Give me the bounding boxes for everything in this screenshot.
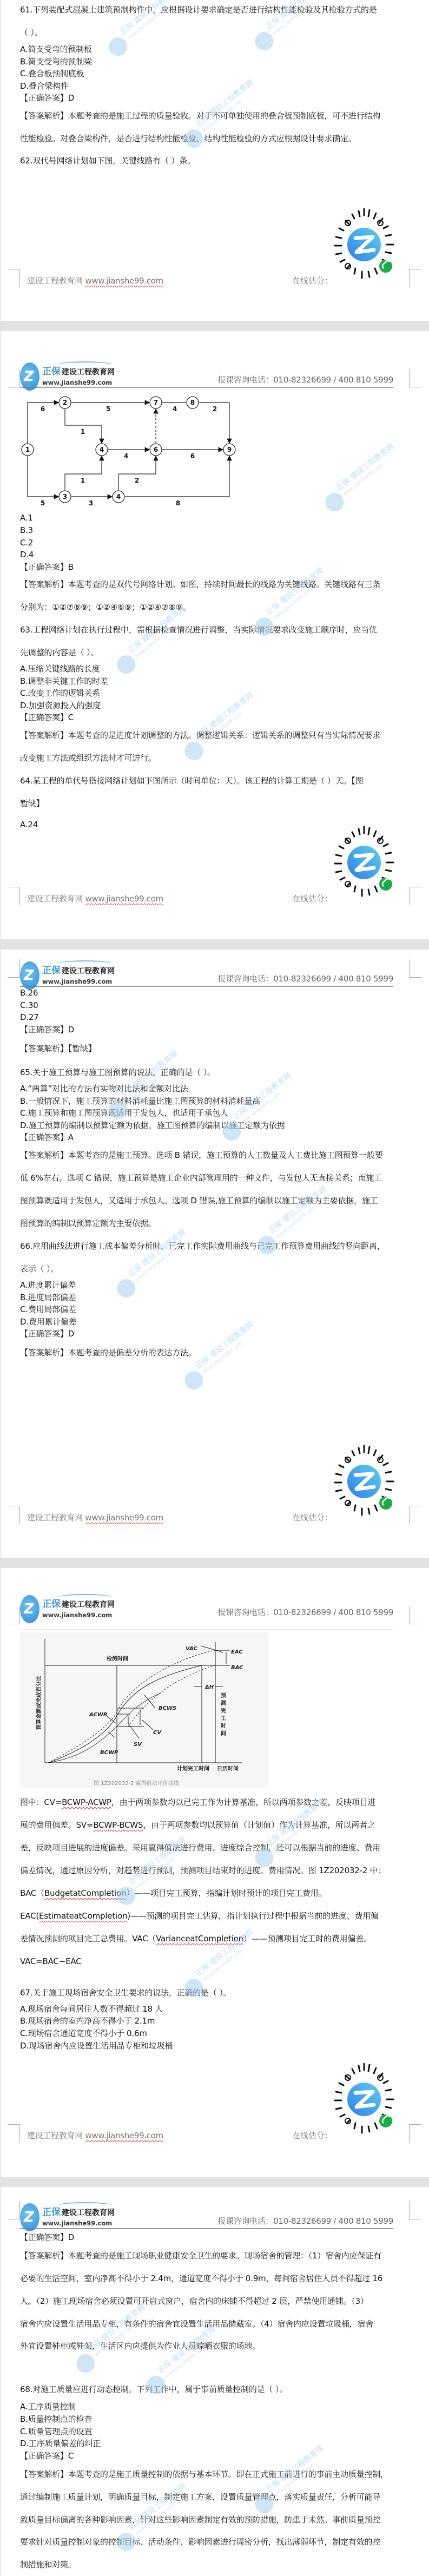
svg-text:4: 4 <box>124 452 128 460</box>
svg-text:5: 5 <box>106 405 110 413</box>
svg-text:EAC: EAC <box>231 1649 243 1655</box>
page-4: Z 正保建设工程教育网 www.jianshe99.com 报课咨询电话：010… <box>0 1568 429 2177</box>
q63-stem-line1: 63.工程网络计划在执行过程中，需根据检查情况进行调整，当实际情况要求改变施工顺… <box>20 624 377 635</box>
q63-analysis-line2: 改变施工方法或组织方法时才可进行。 <box>20 753 156 763</box>
crop-mark <box>409 1506 421 1524</box>
q66-explanation-line2: 展的费用偏差。SV=BCWP-BCWS，由于两项参数均以预算值（计划值）作为计算… <box>20 1820 375 1830</box>
svg-text:6: 6 <box>154 446 158 453</box>
svg-text:时: 时 <box>221 1722 226 1729</box>
q66-explanation-line8: VAC=BAC−EAC <box>20 1956 81 1967</box>
q68-stem: 68.对施工质量应进行动态控制。下列工作中，属于事前质量控制的是（ ）。 <box>20 2384 287 2395</box>
q68-analysis-line4: 要求针对质量控制对象的控制目标、活动条件、影响因素进行周密分析，找出薄弱环节，制… <box>20 2537 380 2547</box>
svg-text:4: 4 <box>100 446 104 453</box>
watermark: 正保 建设工程教育网www.jianshe99.com <box>315 449 394 522</box>
crop-mark <box>409 2201 421 2219</box>
q66-stem-line2: 表示（ ）。 <box>20 1263 58 1274</box>
q68-answer: 【正确答案】C <box>20 2447 74 2465</box>
svg-text:计划完工时间: 计划完工时间 <box>177 1765 209 1772</box>
q63-answer: 【正确答案】C <box>20 708 74 727</box>
q64-answer: 【正确答案】D <box>20 1020 74 1039</box>
crop-mark <box>8 2201 20 2219</box>
svg-text:8: 8 <box>176 499 180 507</box>
q67-answer: 【正确答案】D <box>20 2228 74 2246</box>
header-phone: 报课咨询电话：010-82326699 / 400 810 5999 <box>217 374 393 385</box>
q66-explanation-line7: 差情况预测的项目完工总费用。VAC（VarianceatCompletion）—… <box>20 1933 372 1944</box>
watermark: 正保 建设工程教育网www.jianshe99.com <box>107 1842 186 1915</box>
footer-site: 建设工程教育网 www.jianshe99.com <box>27 1512 163 1523</box>
crop-mark <box>8 269 20 287</box>
logo-icon: Z <box>20 1595 39 1623</box>
q66-analysis: 【答案解析】本题考查的是偏差分析的表达方法。 <box>20 1347 196 1358</box>
watermark: 正保 建设工程教育网www.jianshe99.com <box>107 611 186 684</box>
q62-stem: 62.双代号网络计划如下图，关键线路有（ ）条。 <box>20 155 195 166</box>
svg-text:完: 完 <box>221 1707 226 1714</box>
q65-analysis-line2: 低 6%左右。选项 C 错误，施工预算是施工企业内部管理用的一种文件，与发包人无… <box>20 1172 382 1183</box>
page-3: Z 正保建设工程教育网 www.jianshe99.com 报课咨询电话：010… <box>0 950 429 1558</box>
svg-text:4: 4 <box>116 493 121 500</box>
q62-analysis-line1: 【答案解析】本题考查的是双代号网络计划。如图，持续时间最长的线路为关键线路。关键… <box>20 579 380 590</box>
svg-text:VAC: VAC <box>186 1646 197 1652</box>
q64-stem-line1: 64.某工程的单代号搭接网络计划如下图所示（时间单位：天）。该工程的计算工期是（… <box>20 775 363 786</box>
svg-text:6: 6 <box>41 405 45 413</box>
q68-analysis-line5: 制措施和对策。 <box>20 2559 76 2570</box>
q61-stem-line2: （ ）。 <box>20 27 42 38</box>
q67-analysis-line3: 人。（2）施工现场宿舍必须设置可开启式窗户，宿舍内的床铺不得超过 2 层，严禁使… <box>20 2296 368 2307</box>
qr-code[interactable] <box>326 1444 402 1519</box>
q68-analysis-line1: 【答案解析】本题考查的是施工质量控制的依据与基本环节。即在正式施工前进行的事前主… <box>20 2469 388 2480</box>
header-phone: 报课咨询电话：010-82326699 / 400 810 5999 <box>217 1606 393 1618</box>
q61-answer: 【正确答案】D <box>20 89 74 107</box>
svg-text:预: 预 <box>221 1692 226 1699</box>
qr-code[interactable] <box>326 825 402 900</box>
svg-text:BCWS: BCWS <box>159 1705 176 1711</box>
qr-code[interactable] <box>326 2061 402 2137</box>
logo-icon: Z <box>20 2203 39 2231</box>
header-rule <box>20 1630 393 1630</box>
q65-analysis-line1: 【答案解析】本题考查的是施工预算。选项 B 错误，施工预算的人工数量及人工费比施… <box>20 1150 382 1161</box>
watermark: 正保 建设工程教育网www.jianshe99.com <box>245 2450 324 2524</box>
watermark: 正保 建设工程教育网www.jianshe99.com <box>174 85 253 158</box>
q68-analysis-line2: 通过编制施工质量计划，明确质量目标，制定施工方案，设置质量管理点，落实质量责任，… <box>20 2492 380 2502</box>
q67-option-d: D.现场宿舍内应设置生活用品专柜和垃圾桶 <box>20 2037 173 2055</box>
svg-text:BAC: BAC <box>231 1665 243 1671</box>
crop-mark <box>409 2124 421 2143</box>
svg-text:图 1Z202032-2 赢得值法评价曲线: 图 1Z202032-2 赢得值法评价曲线 <box>94 1780 179 1787</box>
crop-mark <box>409 959 421 978</box>
q65-stem: 65.关于施工预算与施工图预算的说法，正确的是（ ）。 <box>20 1067 215 1078</box>
q62-answer: 【正确答案】B <box>20 558 74 576</box>
svg-text:工: 工 <box>221 1715 226 1722</box>
svg-text:2: 2 <box>135 477 139 484</box>
q68-analysis-line3: 致质量目标偏离的各种影响因素，针对这些影响因素制定有效的预防措施，防患于未然。事… <box>20 2514 380 2525</box>
q64-option-a: A.24 <box>20 819 38 830</box>
watermark: 正保 建设工程教育网www.jianshe99.com <box>174 1327 253 1400</box>
page-2: Z 正保建设工程教育网 www.jianshe99.com 报课咨询电话：010… <box>0 331 429 939</box>
svg-text:测: 测 <box>221 1699 226 1707</box>
q67-stem: 67.关于施工现场宿舍安全卫生要求的说法，正确的是（ ）。 <box>20 1987 231 1998</box>
svg-text:6: 6 <box>190 452 195 460</box>
svg-text:2: 2 <box>213 405 217 413</box>
q65-analysis-line3: 图预算既适用于发包人，又适用于承包人。选项 D 错误,施工预算的编制以施工定额为… <box>20 1195 378 1206</box>
crop-mark <box>409 369 421 387</box>
header-logo: Z 正保建设工程教育网 www.jianshe99.com <box>20 1594 109 1624</box>
q61-analysis-line2: 性能检验。对叠合梁构件，是否进行结构性能检验、结构性能检验的方式应根据设计要求确… <box>20 133 357 144</box>
q66-stem-line1: 66.应用曲线法进行施工成本偏差分析时，已完工作实际费用曲线与已完工作预算费用曲… <box>20 1241 385 1251</box>
q63-stem-line2: 先调整的内容是（ ）。 <box>20 647 98 658</box>
page-1: 61.下列装配式混凝土建筑预制构件中，应根据设计要求确定是否进行结构性能检验及其… <box>0 0 429 321</box>
q66-explanation-line6: EAC(EstimateatCompletion)——预测的项目完工估算，指计划… <box>20 1910 379 1921</box>
q66-explanation-line1: 图中：CV=BCWP-ACWP，由于两项参数均以已完工作为计算基准，所以两项参数… <box>20 1797 375 1808</box>
header-rule <box>20 2228 393 2229</box>
header-rule <box>20 387 393 388</box>
svg-text:检测时间: 检测时间 <box>107 1655 128 1662</box>
q66-explanation-line4: 偏差情况，通过原因分析，对趋势进行预测，预测项目结束时的进度、费用情况。图 1Z… <box>20 1865 386 1876</box>
q67-analysis-line4: 宿舍内应设置生活用品专柜，有条件的宿舍宜设置生活用品储藏室。（4）宿舍内应设置垃… <box>20 2318 373 2329</box>
svg-text:间: 间 <box>221 1730 226 1737</box>
svg-text:CV: CV <box>153 1730 162 1736</box>
svg-text:1: 1 <box>81 477 85 484</box>
crop-mark <box>8 1606 20 1624</box>
svg-text:1: 1 <box>81 428 85 436</box>
q67-analysis-line5: 外宜设置鞋柜或鞋架，生活区内应提供为作业人员晾晒衣服的场地。 <box>20 2341 260 2351</box>
svg-text:SV: SV <box>134 1742 142 1748</box>
footer-site: 建设工程教育网 www.jianshe99.com <box>27 275 163 286</box>
q67-analysis-line2: 必要的生活空间，室内净高不得小于 2.4m，通道宽度不得小于 0.9m，每间宿舍… <box>20 2273 382 2284</box>
svg-text:5: 5 <box>41 499 45 507</box>
q66-explanation-line5: BAC（BudgetatCompletion）——项目完工预算，指编计划时预计的… <box>20 1888 326 1899</box>
q65-answer: 【正确答案】A <box>20 1128 74 1147</box>
svg-text:7: 7 <box>154 399 158 406</box>
crop-mark <box>409 269 421 287</box>
header-phone: 报课咨询电话：010-82326699 / 400 810 5999 <box>217 2215 393 2226</box>
svg-text:2: 2 <box>63 399 67 406</box>
q67-analysis-line1: 【答案解析】本题考查的是施工现场职业健康安全卫生的要求。现场宿舍的管理：（1）宿… <box>20 2250 381 2261</box>
qr-code[interactable] <box>326 207 402 282</box>
svg-text:BCWP: BCWP <box>100 1750 118 1756</box>
q61-analysis-line1: 【答案解析】本题考查的是施工过程的质量验收。对于不可单独使用的叠合板预制底板，可… <box>20 110 380 121</box>
svg-text:ΔH: ΔH <box>204 1684 214 1690</box>
q66-answer: 【正确答案】D <box>20 1325 74 1343</box>
page-5: Z 正保建设工程教育网 www.jianshe99.com 报课咨询电话：010… <box>0 2187 429 2576</box>
network-diagram: 123 446 789 6542 146 12 538 <box>0 390 270 514</box>
logo-icon: Z <box>20 363 39 391</box>
svg-text:1: 1 <box>25 446 30 453</box>
q64-stem-line2: 暂缺】 <box>20 798 44 809</box>
svg-text:9: 9 <box>227 446 232 453</box>
q65-analysis-line4: 图预算的编制以预算定额为主要依据。 <box>20 1218 156 1229</box>
footer-site: 建设工程教育网 www.jianshe99.com <box>27 893 163 904</box>
svg-text:8: 8 <box>190 399 195 406</box>
svg-text:预算金额或完成百分比: 预算金额或完成百分比 <box>35 1676 42 1730</box>
crop-mark <box>8 2124 20 2143</box>
svg-text:3: 3 <box>63 493 67 500</box>
svg-text:3: 3 <box>89 499 93 507</box>
q64-analysis: 【答案解析】【暂缺】 <box>20 1043 96 1054</box>
crop-mark <box>8 887 20 905</box>
crop-mark <box>8 369 20 387</box>
q61-stem-line1: 61.下列装配式混凝土建筑预制构件中，应根据设计要求确定是否进行结构性能检验及其… <box>20 4 377 15</box>
evm-curve-figure: ACWP BCWP BCWS CV SV VAC EAC BAC ΔH 检测时间… <box>20 1632 268 1788</box>
svg-text:4: 4 <box>173 405 177 413</box>
q63-analysis-line1: 【答案解析】本题考查的是进度计划调整的方法。调整逻辑关系：逻辑关系的调整只有当实… <box>20 730 380 741</box>
crop-mark <box>409 1606 421 1624</box>
crop-mark <box>8 1506 20 1524</box>
q62-analysis-line2: 分别为：①②⑦⑧⑨；①②④⑥⑨；①②④⑦⑧⑨。 <box>20 602 191 612</box>
svg-text:日历时间: 日历时间 <box>217 1765 239 1772</box>
q66-explanation-line3: 差，反映项目进展的进度偏差。采用赢得值法进行费用、进度综合控制，还可以根据当前的… <box>20 1842 380 1853</box>
footer-site: 建设工程教育网 www.jianshe99.com <box>27 2130 163 2141</box>
header-phone: 报课咨询电话：010-82326699 / 400 810 5999 <box>217 973 393 984</box>
crop-mark <box>8 959 20 978</box>
header-rule <box>20 986 393 987</box>
crop-mark <box>409 887 421 905</box>
svg-text:ACWP: ACWP <box>89 1712 108 1718</box>
